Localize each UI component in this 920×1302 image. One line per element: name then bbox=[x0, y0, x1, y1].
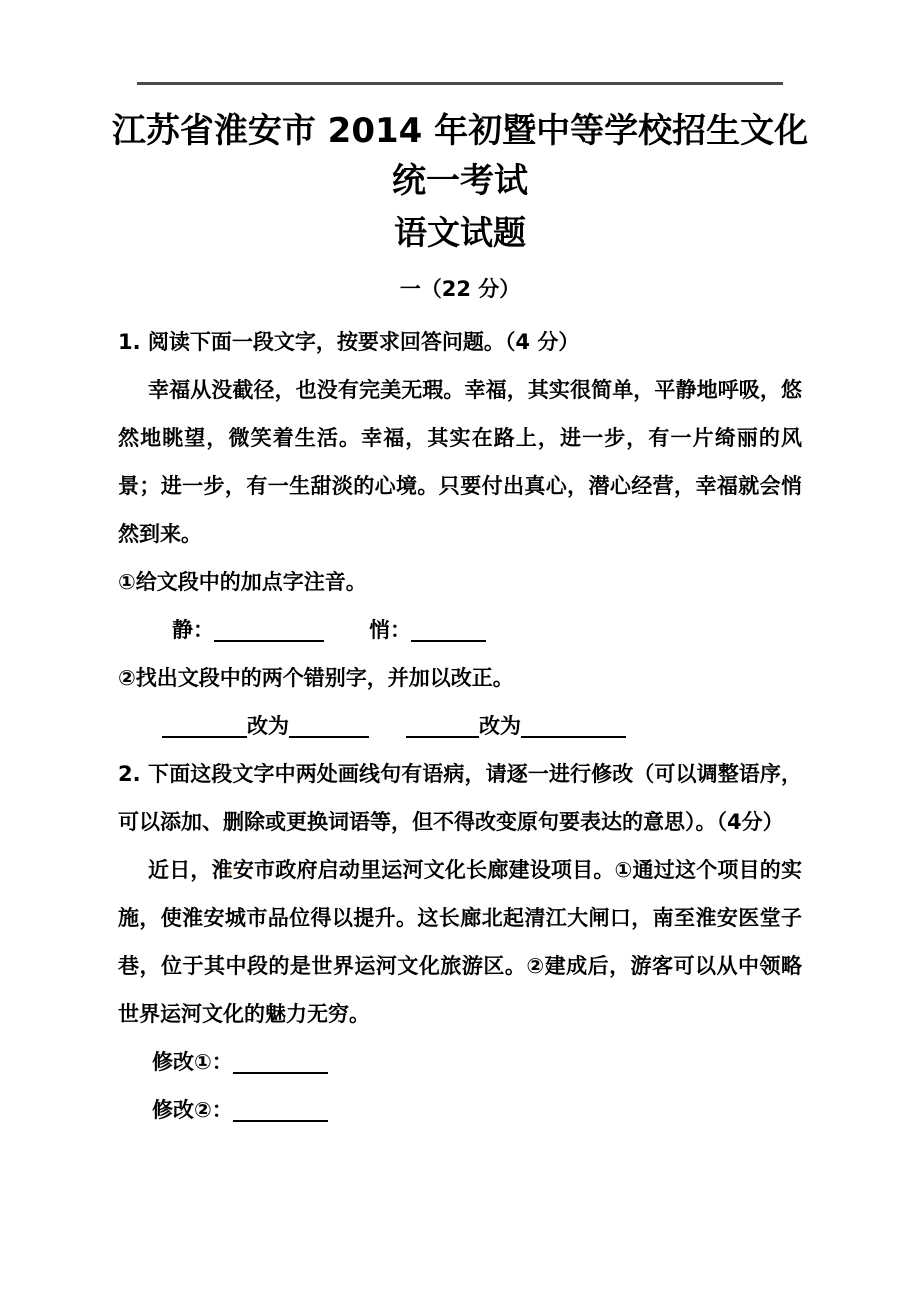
replace-word-label-2: 改为 bbox=[479, 714, 521, 738]
stray-mark bbox=[227, 871, 231, 874]
correction-answer-line: 改为改为 bbox=[118, 702, 802, 750]
question-1-sub2-label: ②找出文段中的两个错别字，并加以改正。 bbox=[118, 654, 802, 702]
top-divider bbox=[137, 82, 783, 85]
correction-blank-4[interactable] bbox=[521, 714, 626, 738]
question-1-prompt: 1. 阅读下面一段文字，按要求回答问题。（4 分） bbox=[118, 318, 802, 366]
pinyin-answer-line: 静：悄： bbox=[118, 606, 802, 654]
revision-1-line: 修改①： bbox=[118, 1038, 802, 1086]
revision-2-label: 修改②： bbox=[152, 1098, 233, 1122]
correction-blank-3[interactable] bbox=[406, 714, 479, 738]
exam-page: 江苏省淮安市 2014 年初暨中等学校招生文化统一考试 语文试题 一（22 分）… bbox=[0, 0, 920, 1302]
revision-2-blank[interactable] bbox=[233, 1098, 328, 1122]
pinyin-label-jing: 静： bbox=[172, 618, 214, 642]
question-1-passage: 幸福从没截径，也没有完美无瑕。幸福，其实很简单，平静地呼吸，悠然地眺望，微笑着生… bbox=[118, 366, 802, 558]
answer-blank-qiao[interactable] bbox=[411, 618, 486, 642]
exam-subtitle: 语文试题 bbox=[0, 212, 920, 254]
replace-word-label-1: 改为 bbox=[247, 714, 289, 738]
exam-body: 1. 阅读下面一段文字，按要求回答问题。（4 分） 幸福从没截径，也没有完美无瑕… bbox=[118, 318, 802, 1134]
correction-blank-1[interactable] bbox=[162, 714, 247, 738]
revision-2-line: 修改②： bbox=[118, 1086, 802, 1134]
exam-title: 江苏省淮安市 2014 年初暨中等学校招生文化统一考试 bbox=[110, 106, 810, 206]
answer-blank-jing[interactable] bbox=[214, 618, 324, 642]
question-2-prompt: 2. 下面这段文字中两处画线句有语病，请逐一进行修改（可以调整语序，可以添加、删… bbox=[118, 750, 802, 846]
section-one-heading: 一（22 分） bbox=[0, 272, 920, 306]
correction-blank-2[interactable] bbox=[289, 714, 369, 738]
pinyin-label-qiao: 悄： bbox=[369, 618, 411, 642]
revision-1-label: 修改①： bbox=[152, 1050, 233, 1074]
revision-1-blank[interactable] bbox=[233, 1050, 328, 1074]
question-1-sub1-label: ①给文段中的加点字注音。 bbox=[118, 558, 802, 606]
question-2-passage: 近日，淮安市政府启动里运河文化长廊建设项目。①通过这个项目的实施，使淮安城市品位… bbox=[118, 846, 802, 1038]
